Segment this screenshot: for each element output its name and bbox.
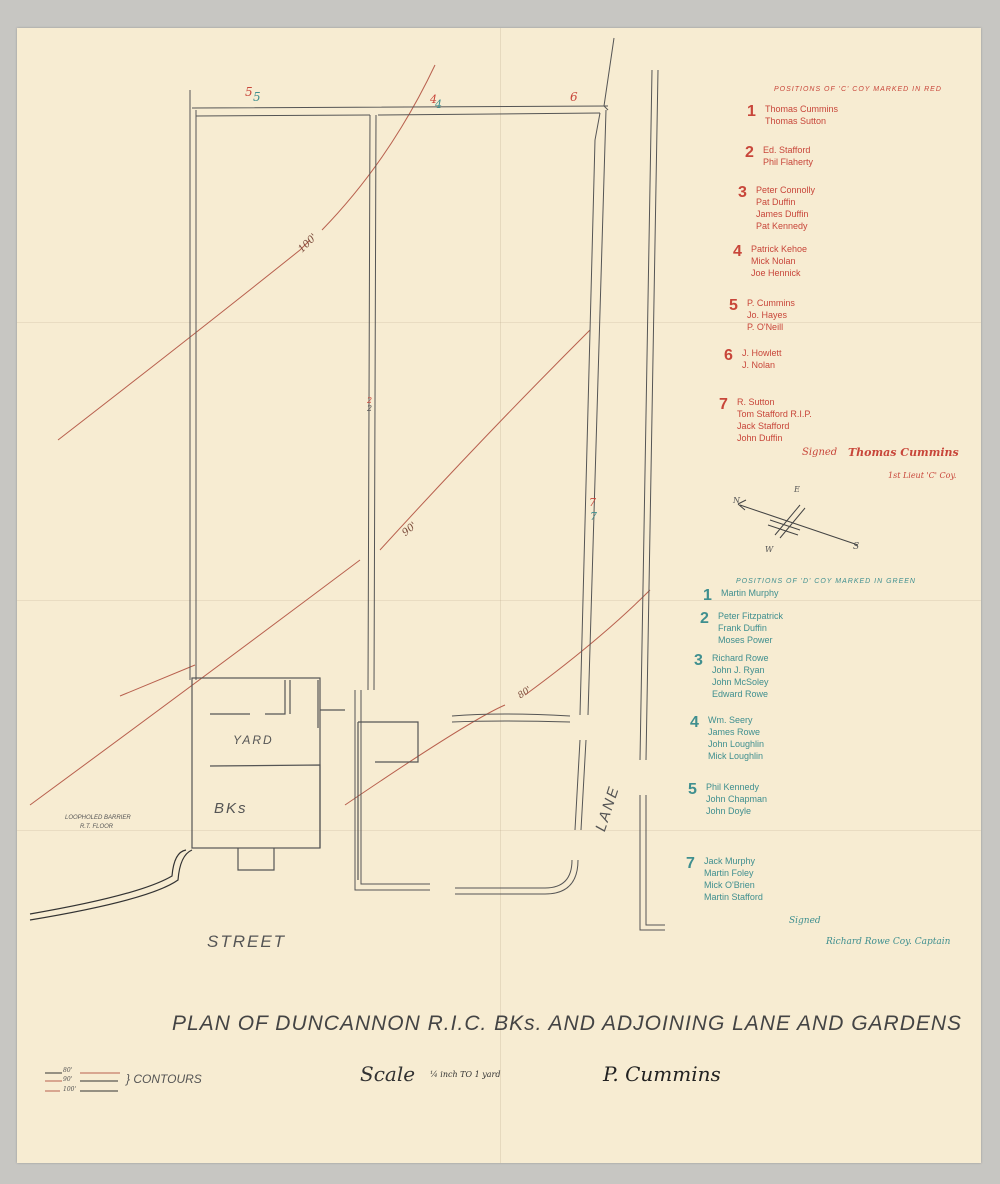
marker-d5: 5	[253, 90, 261, 104]
c-coy-signature: Thomas Cummins	[848, 446, 959, 459]
compass-rose	[738, 500, 858, 545]
contour-100	[58, 65, 435, 440]
marker-c6: 6	[570, 90, 578, 104]
contour-lines	[30, 65, 650, 805]
scale-value: ¼ inch TO 1 yard	[430, 1070, 501, 1079]
barracks-label: BKs	[214, 800, 248, 817]
author-signature: P. Cummins	[603, 1062, 721, 1086]
site-plan-drawing	[0, 0, 1000, 1184]
contours-legend-label: } CONTOURS	[126, 1072, 202, 1086]
marker-d7: 7	[590, 510, 597, 523]
street-label: STREET	[207, 932, 286, 952]
loopholed-label: LOOPHOLED BARRIER	[65, 815, 131, 821]
d-coy-heading: POSITIONS OF 'D' COY MARKED IN GREEN	[736, 578, 916, 585]
compass-w: W	[765, 545, 773, 554]
d-coy-signed-label: Signed	[789, 916, 821, 926]
c-coy-signed-label: Signed	[802, 447, 837, 458]
lane-east-wall	[640, 70, 658, 760]
yard-label: YARD	[233, 733, 274, 747]
legend-90: 90'	[63, 1076, 72, 1083]
compass-s: S	[853, 542, 859, 552]
garden-path	[452, 714, 570, 722]
marker-c7: 7	[589, 496, 596, 509]
compass-e: E	[794, 485, 800, 494]
c-coy-heading: POSITIONS OF 'C' COY MARKED IN RED	[774, 86, 942, 93]
marker-d4: 4	[435, 98, 442, 111]
compass-n: N	[733, 496, 740, 505]
contour-legend-lines	[45, 1073, 120, 1091]
d-coy-signature: Richard Rowe Coy. Captain	[826, 937, 950, 947]
marker-2: 2	[367, 404, 372, 413]
street-edge	[30, 850, 192, 920]
map-title: PLAN OF DUNCANNON R.I.C. BKs. AND ADJOIN…	[172, 1012, 962, 1036]
legend-100: 100'	[63, 1086, 76, 1093]
marker-c5: 5	[245, 85, 253, 99]
c-coy-rank: 1st Lieut 'C' Coy.	[888, 471, 956, 480]
scale-label: Scale	[360, 1062, 415, 1086]
contour-80	[345, 590, 650, 805]
legend-80: 80'	[63, 1067, 72, 1074]
floor-label: R.T. FLOOR	[80, 824, 113, 830]
contour-90	[30, 330, 590, 805]
garden-walls	[190, 38, 665, 930]
